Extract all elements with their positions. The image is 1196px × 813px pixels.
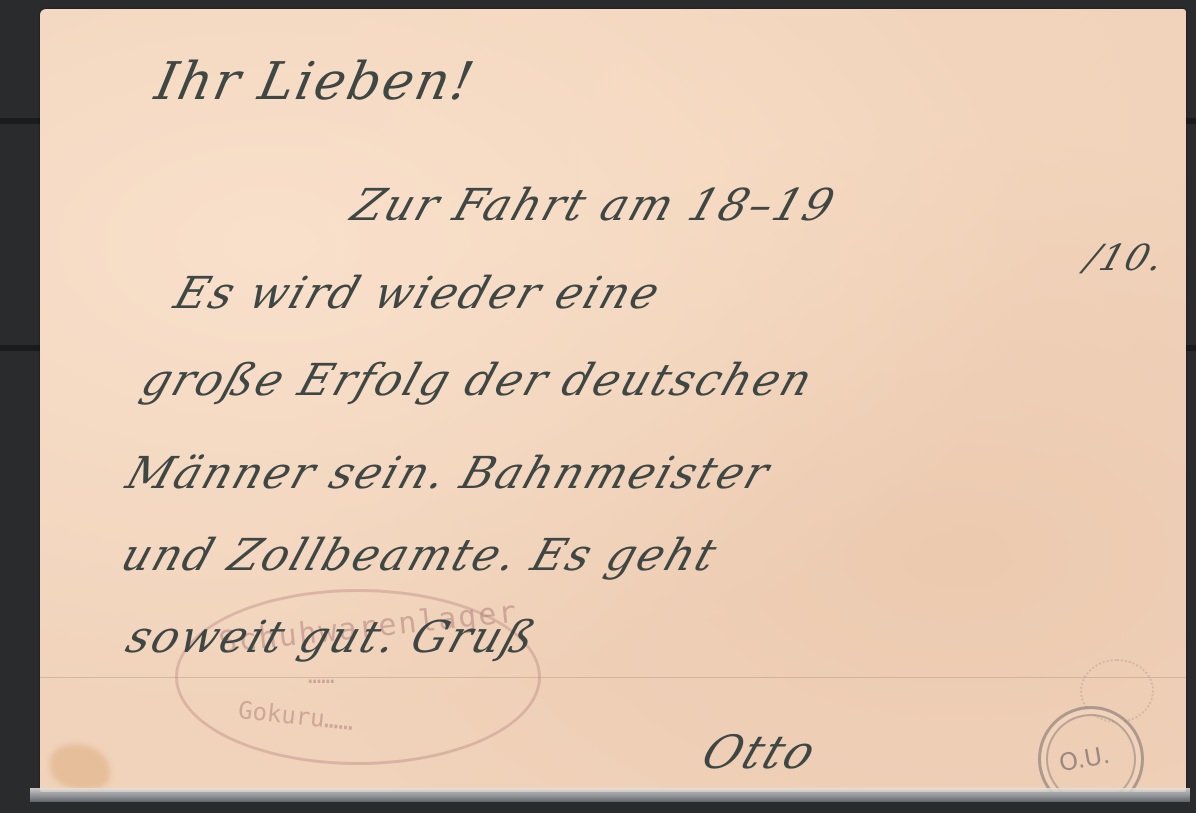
plastic-sleeve-edge <box>30 788 1190 802</box>
letter-line-1: Zur Fahrt am 18–19 <box>345 180 842 231</box>
letter-line-6: soweit gut. Gruß <box>120 612 543 663</box>
signature: Otto <box>695 725 825 779</box>
stamp-text-bottom: Gokuru…… <box>237 696 355 736</box>
letter-line-5: und Zollbeamte. Es geht <box>115 530 724 581</box>
letter-line-4: Männer sein. Bahnmeister <box>120 448 777 499</box>
date-fraction: /10. <box>1080 238 1171 279</box>
stamp-text-middle: …… <box>308 664 335 689</box>
letter-line-2: Es wird wieder eine <box>168 268 668 319</box>
salutation: Ihr Lieben! <box>150 52 481 112</box>
letter-line-3: große Erfolg der deutschen <box>135 355 820 406</box>
water-stain <box>50 744 110 789</box>
postmark-text: O.U. <box>1057 741 1112 777</box>
